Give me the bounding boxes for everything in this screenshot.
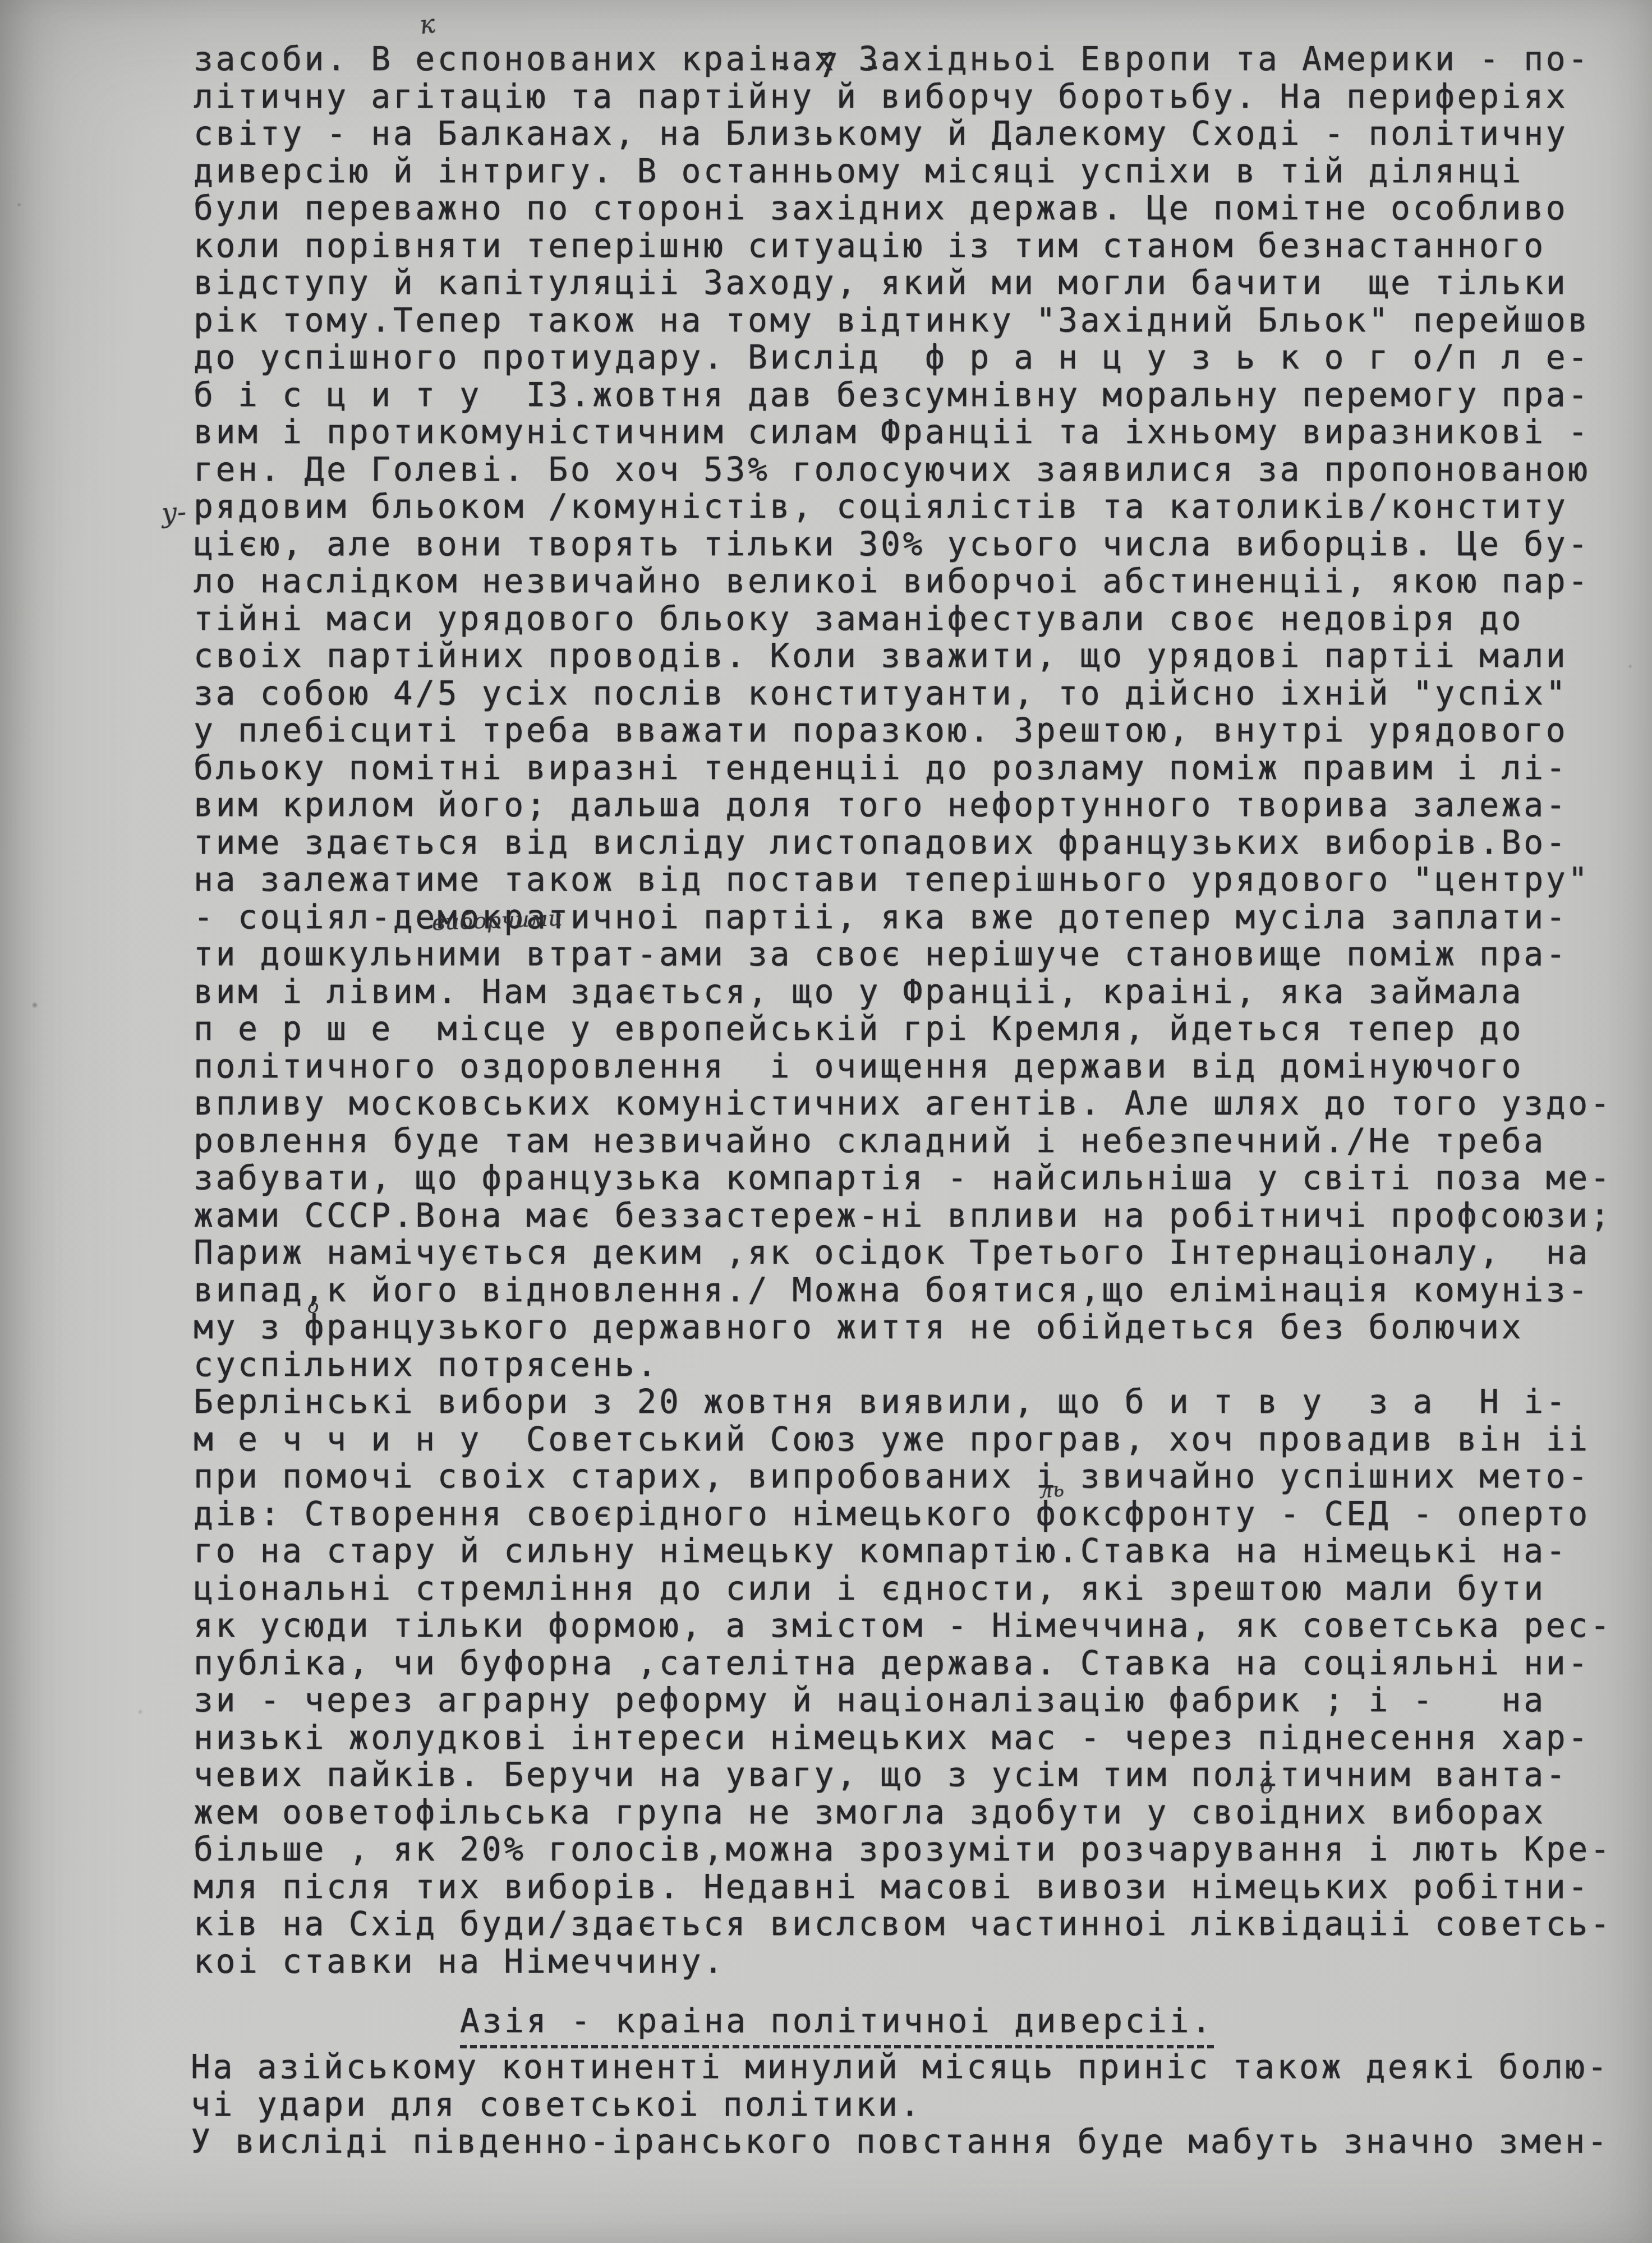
text-line: літичну агітацію та партійну й виборчу б… [194, 78, 1612, 116]
text-line: мля після тих виборів. Недавні масові ви… [194, 1868, 1612, 1906]
text-line: рік тому.Тепер також на тому відтинку "З… [194, 302, 1612, 339]
text-line: були переважно по стороні західних держа… [194, 190, 1612, 227]
text-line: засоби. В еспонованих краінах Західньоі … [194, 40, 1612, 78]
handwritten-annotation: о [307, 1296, 319, 1318]
text-line: політичного оздоровлення і очищення держ… [194, 1048, 1612, 1085]
handwritten-annotation: ль [1038, 1476, 1065, 1503]
handwritten-annotation: виборчими [431, 905, 563, 936]
text-line: Париж намічується деким ,як осідок Треть… [194, 1234, 1612, 1272]
body-text-block-1: засоби. В еспонованих краінах Західньоі … [194, 40, 1612, 1980]
text-line: тиме здається від висліду листопадових ф… [194, 824, 1612, 862]
text-line: чевих пайків. Беручи на увагу, що з усім… [194, 1756, 1612, 1794]
text-line: бльоку помітні виразні тенденціі до розл… [194, 749, 1612, 787]
text-line: Берлінські вибори з 20 жовтня виявили, щ… [194, 1383, 1612, 1421]
text-line: го на стару й сильну німецьку компартію.… [194, 1532, 1612, 1570]
text-line: му з французького державного життя не об… [194, 1309, 1612, 1346]
text-line: публіка, чи буфорна ,сателітна держава. … [194, 1645, 1612, 1682]
text-line: ген. Де Голеві. Бо хоч 53% голосуючих за… [194, 451, 1612, 489]
text-line: ло наслідком незвичайно великоі виборчоі… [194, 563, 1612, 600]
text-line: п е р ш е місце у европейській грі Кремл… [194, 1010, 1612, 1048]
text-line: випад,к його відновлення./ Можна боятися… [194, 1272, 1612, 1309]
text-line: дів: Створення своєрідного німецького фо… [194, 1495, 1612, 1533]
text-line: більше , як 20% голосів,можна зрозуміти … [194, 1831, 1612, 1868]
text-line: як усюди тільки формою, а змістом - Німе… [194, 1607, 1612, 1645]
text-line: жем ооветофільська група не змогла здобу… [194, 1794, 1612, 1831]
body-text-block-2: На азійському континенті минулий місяць … [191, 2048, 1609, 2161]
text-line: при помочі своіх старих, випробованих і … [194, 1458, 1612, 1495]
text-line: до успішного протиудару. Вислід ф р а н … [194, 339, 1612, 376]
text-line: коі ставки на Німеччину. [194, 1943, 1612, 1981]
text-line: ти дошкульними втрат-ами за своє нерішуч… [194, 936, 1612, 973]
handwritten-annotation: у- [160, 496, 187, 529]
text-line: жами СССР.Вона має беззастереж-ні впливи… [194, 1197, 1612, 1235]
text-line: впливу московських комуністичних агентів… [194, 1085, 1612, 1122]
text-line: ків на Схід буди/здається вислсвом части… [194, 1905, 1612, 1943]
text-line: на залежатиме також від постави теперішн… [194, 861, 1612, 899]
text-line: ціональні стремління до сили і єдности, … [194, 1570, 1612, 1608]
text-line: суспільних потрясень. [194, 1346, 1612, 1384]
text-line: забувати, що французька компартія - найс… [194, 1159, 1612, 1197]
text-line: вим і лівим. Нам здається, що у Франціі,… [194, 973, 1612, 1011]
text-line: - соціял-демократичноі партіі, яка вже д… [194, 899, 1612, 936]
text-line: за собою 4/5 усіх послів конституанти, т… [194, 675, 1612, 712]
text-line: зи - через аграрну реформу й націоналіза… [194, 1682, 1612, 1719]
text-line: світу - на Балканах, на Близькому й Дале… [194, 115, 1612, 153]
section-heading: Азія - краіна політичноі диверсіі. [460, 2003, 1214, 2048]
text-line: цією, але вони творять тільки 30% усього… [194, 526, 1612, 563]
scanned-document-page: - 7 - засоби. В еспонованих краінах Захі… [0, 0, 1652, 2243]
text-line: у плебісциті треба вважати поразкою. Зре… [194, 712, 1612, 749]
text-line: низькі жолудкові інтереси німецьких мас … [194, 1719, 1612, 1757]
text-line: своіх партійних проводів. Коли зважити, … [194, 637, 1612, 675]
text-line: На азійському континенті минулий місяць … [191, 2048, 1609, 2086]
text-line: ровлення буде там незвичайно складний і … [194, 1122, 1612, 1160]
text-line: б і с ц и т у ІЗ.жовтня дав безсумнівну … [194, 376, 1612, 414]
text-line: У висліді південно-іранського повстання … [191, 2123, 1609, 2161]
text-line: чі удари для советськоі політики. [191, 2086, 1609, 2124]
text-line: м е ч ч и н у Советський Союз уже програ… [194, 1421, 1612, 1458]
text-line: коли порівняти теперішню ситуацію із тим… [194, 227, 1612, 265]
text-line: відступу й капітуляціі Заходу, який ми м… [194, 264, 1612, 302]
handwritten-annotation: к [418, 8, 436, 40]
text-line: диверсію й інтригу. В останньому місяці … [194, 153, 1612, 190]
text-line: вим і протикомуністичним силам Франціі т… [194, 413, 1612, 451]
text-line: рядовим бльоком /комуністів, соціялістів… [194, 488, 1612, 526]
handwritten-annotation: б [1259, 1773, 1274, 1799]
text-line: тійні маси урядового бльоку заманіфестув… [194, 600, 1612, 638]
text-line: вим крилом його; дальша доля того нефорт… [194, 786, 1612, 824]
